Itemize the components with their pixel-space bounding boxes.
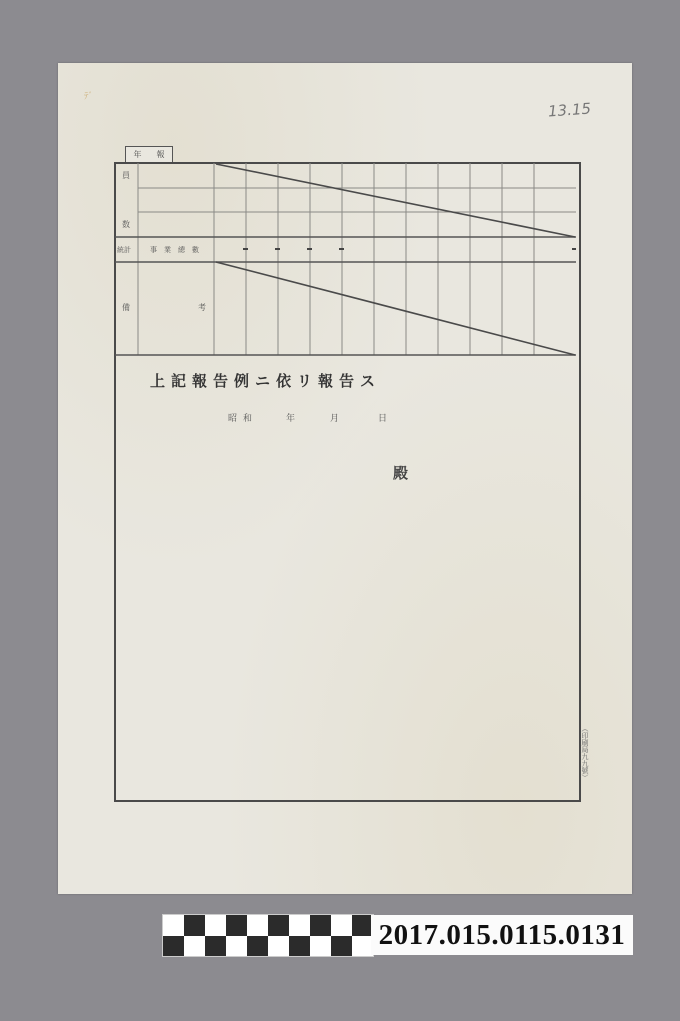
report-statement: 上記報告例ニ依リ報告ス	[150, 370, 381, 391]
date-day: 日	[378, 411, 387, 424]
row-label-middle-2: 事業總數	[150, 245, 206, 255]
form-table-grid	[0, 0, 680, 1021]
addressee-suffix: 殿	[393, 462, 408, 483]
row-label-top-1: 員	[122, 170, 130, 181]
row-label-remarks-1: 備	[122, 302, 130, 313]
date-year: 年	[286, 411, 295, 424]
date-month: 月	[330, 411, 339, 424]
date-era: 昭和	[228, 411, 258, 424]
row-label-middle-1: 統計	[117, 245, 131, 255]
row-label-remarks-2: 考	[198, 302, 206, 313]
printing-side-note: （印刷局九九號）	[580, 725, 590, 781]
row-label-top-2: 数	[122, 219, 130, 230]
accession-number-label: 2017.015.0115.0131	[371, 915, 633, 955]
color-scale-bar	[162, 914, 374, 957]
